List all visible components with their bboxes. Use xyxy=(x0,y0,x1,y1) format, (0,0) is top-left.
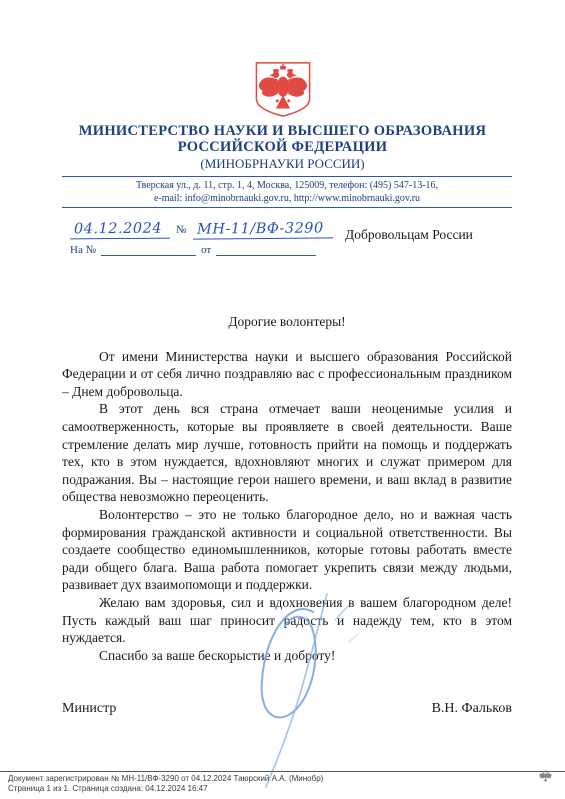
letter-page: МИНИСТЕРСТВО НАУКИ И ВЫСШЕГО ОБРАЗОВАНИЯ… xyxy=(0,0,565,799)
ministry-name-line1: МИНИСТЕРСТВО НАУКИ И ВЫСШЕГО ОБРАЗОВАНИЯ xyxy=(0,123,565,139)
ministry-contacts: Тверская ул., д. 11, стр. 1, 4, Москва, … xyxy=(62,180,512,205)
ministry-name-line2: РОССИЙСКОЙ ФЕДЕРАЦИИ xyxy=(0,139,565,155)
document-number-handwritten: МН-11/ВФ-3290 xyxy=(192,220,332,239)
signature-row: Министр В.Н. Фальков xyxy=(62,701,512,717)
paragraph-4: Желаю вам здоровья, сил и вдохновения в … xyxy=(62,594,512,647)
page-info-line: Страница 1 из 1. Страница создана: 04.12… xyxy=(8,784,323,794)
header-divider-bottom xyxy=(62,207,512,208)
number-sign: № xyxy=(176,224,187,239)
salutation: Дорогие волонтеры! xyxy=(62,313,512,331)
document-requisites: 04.12.2024 № МН-11/ВФ-3290 На № от xyxy=(70,219,330,256)
reply-number-blank xyxy=(101,243,196,256)
paragraph-1: От имени Министерства науки и высшего об… xyxy=(62,348,512,401)
registration-stamp: Документ зарегистрирован № МН-11/ВФ-3290… xyxy=(8,774,323,793)
reply-to-row: На № от xyxy=(70,239,330,256)
signer-position: Министр xyxy=(62,701,116,717)
reply-from-label: от xyxy=(201,244,211,256)
paragraph-5: Спасибо за ваше бескорыстие и доброту! xyxy=(62,647,512,665)
document-date-handwritten: 04.12.2024 xyxy=(70,221,170,240)
signer-name: В.Н. Фальков xyxy=(432,701,512,717)
addressee: Добровольцам России xyxy=(345,227,473,243)
ministry-short-name: (МИНОБРНАУКИ РОССИИ) xyxy=(0,157,565,172)
ministry-header: МИНИСТЕРСТВО НАУКИ И ВЫСШЕГО ОБРАЗОВАНИЯ… xyxy=(0,123,565,172)
header-divider-top xyxy=(62,176,512,177)
ministry-address: Тверская ул., д. 11, стр. 1, 4, Москва, … xyxy=(62,180,512,193)
reply-prefix-label: На № xyxy=(70,244,96,256)
russia-coat-of-arms-icon xyxy=(249,61,316,118)
footer-divider xyxy=(0,771,565,772)
paragraph-2: В этот день вся страна отмечает ваши нео… xyxy=(62,400,512,506)
outgoing-number-row: 04.12.2024 № МН-11/ВФ-3290 xyxy=(70,219,330,239)
registration-line: Документ зарегистрирован № МН-11/ВФ-3290… xyxy=(8,774,323,784)
paragraph-3: Волонтерство – это не только благородное… xyxy=(62,506,512,594)
letter-body: Дорогие волонтеры! От имени Министерства… xyxy=(62,313,512,664)
footer-eagle-icon xyxy=(537,769,554,784)
reply-date-blank xyxy=(216,243,316,256)
ministry-email-web: e-mail: info@minobrnauki.gov.ru, http://… xyxy=(62,193,512,206)
